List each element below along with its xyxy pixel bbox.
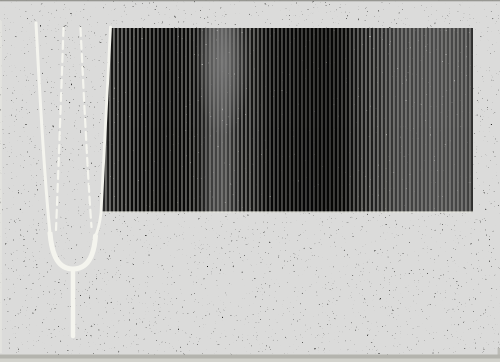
plate-top-edge-line [0,0,500,1]
engraving-canvas [0,0,500,362]
page-bottom-strip-highlight [0,359,500,362]
engraving-figure [0,0,500,362]
vibration-band-grain [98,26,476,216]
vibration-band [98,0,476,216]
plate-left-edge-sliver [0,20,2,353]
